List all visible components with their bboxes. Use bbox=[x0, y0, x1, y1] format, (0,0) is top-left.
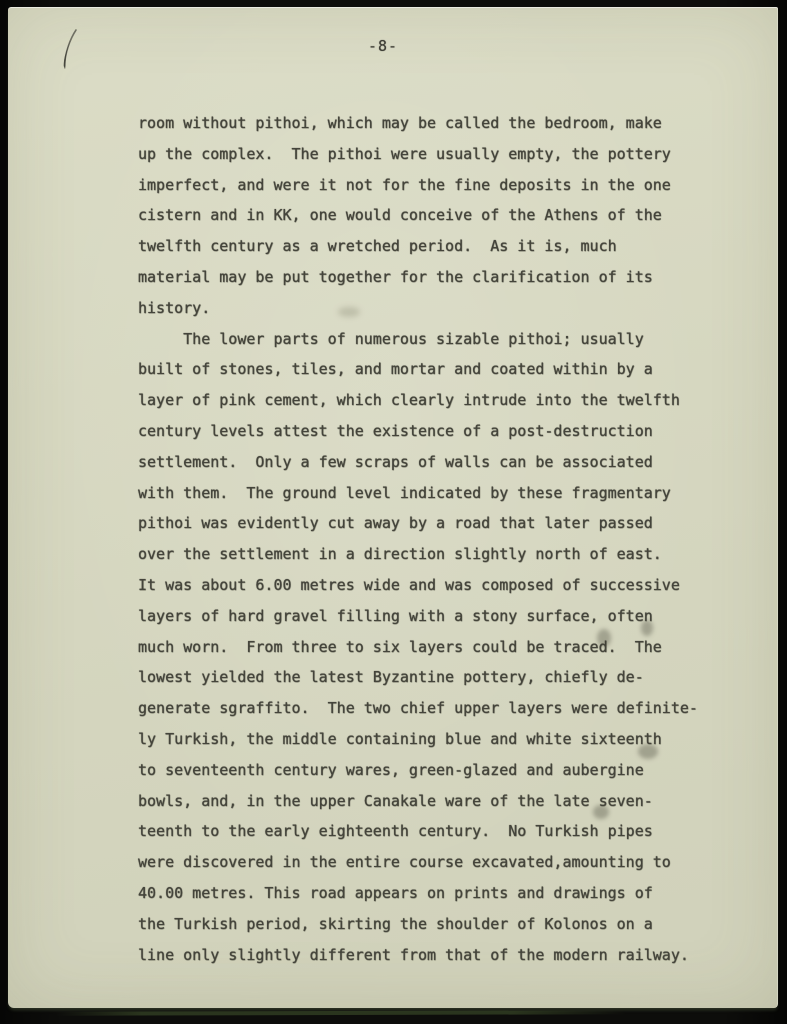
text-line: cistern and in KK, one would conceive of… bbox=[138, 200, 750, 231]
text-line: ly Turkish, the middle containing blue a… bbox=[138, 724, 750, 755]
text-line: line only slightly different from that o… bbox=[138, 940, 750, 971]
text-line: layer of pink cement, which clearly intr… bbox=[138, 385, 750, 416]
ink-smudge bbox=[593, 805, 609, 819]
text-line: twelfth century as a wretched period. As… bbox=[138, 231, 750, 262]
ink-smudge bbox=[638, 744, 658, 759]
text-line: room without pithoi, which may be called… bbox=[138, 108, 750, 139]
scan-background: -8- room without pithoi, which may be ca… bbox=[0, 0, 787, 1024]
text-line: 40.00 metres. This road appears on print… bbox=[138, 878, 750, 909]
ink-smudge bbox=[597, 629, 611, 647]
text-line: lowest yielded the latest Byzantine pott… bbox=[138, 662, 750, 693]
text-line: It was about 6.00 metres wide and was co… bbox=[138, 570, 750, 601]
text-line: teenth to the early eighteenth century. … bbox=[138, 816, 750, 847]
text-line: were discovered in the entire course exc… bbox=[138, 847, 750, 878]
ink-smudge bbox=[641, 620, 653, 636]
text-line: settlement. Only a few scraps of walls c… bbox=[138, 447, 750, 478]
text-line: much worn. From three to six layers coul… bbox=[138, 632, 750, 663]
text-line: layers of hard gravel filling with a sto… bbox=[138, 601, 750, 632]
text-line: pithoi was evidently cut away by a road … bbox=[138, 508, 750, 539]
page-number: -8- bbox=[0, 37, 768, 55]
text-line: with them. The ground level indicated by… bbox=[138, 478, 750, 509]
document-page: -8- room without pithoi, which may be ca… bbox=[8, 7, 778, 1008]
text-line: over the settlement in a direction sligh… bbox=[138, 539, 750, 570]
text-line: generate sgraffito. The two chief upper … bbox=[138, 693, 750, 724]
scan-edge-artifact bbox=[56, 1010, 626, 1015]
text-line: imperfect, and were it not for the fine … bbox=[138, 170, 750, 201]
text-line: the Turkish period, skirting the shoulde… bbox=[138, 909, 750, 940]
text-line: to seventeenth century wares, green-glaz… bbox=[138, 755, 750, 786]
text-line: built of stones, tiles, and mortar and c… bbox=[138, 354, 750, 385]
text-line: century levels attest the existence of a… bbox=[138, 416, 750, 447]
text-line: The lower parts of numerous sizable pith… bbox=[138, 324, 750, 355]
text-line: up the complex. The pithoi were usually … bbox=[138, 139, 750, 170]
text-line: bowls, and, in the upper Canakale ware o… bbox=[138, 786, 750, 817]
ink-smudge bbox=[338, 307, 360, 317]
typewritten-text-block: room without pithoi, which may be called… bbox=[138, 108, 750, 970]
text-line: history. bbox=[138, 293, 750, 324]
text-line: material may be put together for the cla… bbox=[138, 262, 750, 293]
